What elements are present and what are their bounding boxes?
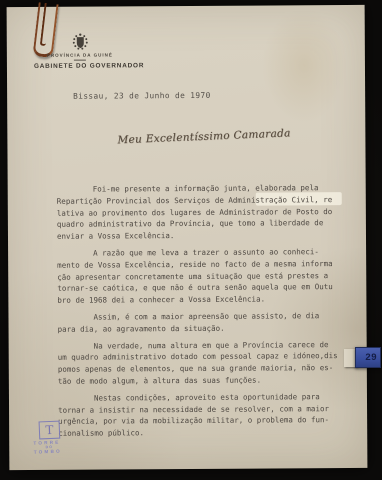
typed-line: bro de 1968 dei a conhecer a Vossa Excel… (57, 293, 342, 307)
letterhead-office: GABINETE DO GOVERNADOR (34, 62, 126, 70)
page-tab-number: 29 (365, 352, 380, 363)
letter-paragraph: Foi-me presente a informação junta, elab… (57, 182, 342, 243)
letterhead-ornament (74, 60, 86, 61)
letter-document: PROVÍNCIA DA GUINÉ GABINETE DO GOVERNADO… (7, 5, 368, 470)
archive-stamp-word: TOMBO (34, 448, 78, 455)
letterhead-province: PROVÍNCIA DA GUINÉ (34, 52, 126, 58)
typed-line: para dia, ao agravamento da situação. (58, 322, 343, 336)
letter-paragraph: A razão que me leva a trazer o assunto a… (57, 246, 342, 307)
letter-paragraph: Assim, é com a maior apreensão que assis… (57, 310, 342, 335)
date-line: Bissau, 23 de Junho de 1970 (73, 91, 211, 101)
letter-body: Foi-me presente a informação junta, elab… (57, 182, 344, 445)
scan-background: PROVÍNCIA DA GUINÉ GABINETE DO GOVERNADO… (0, 0, 382, 480)
page-index-tab: 29 (355, 347, 381, 368)
typed-line: enviar a Vossa Excelência. (57, 229, 342, 243)
letter-paragraph: Nestas condições, aproveito esta oportun… (58, 391, 343, 440)
letterhead: PROVÍNCIA DA GUINÉ GABINETE DO GOVERNADO… (34, 32, 126, 70)
archive-stamp-monogram: T (39, 421, 61, 440)
typed-line: tão de modo algum, à altura das suas fun… (58, 374, 343, 388)
typed-line: cionalismo público. (58, 426, 343, 440)
coat-of-arms-icon (71, 33, 88, 51)
archive-stamp: T TORRE DO TOMBO (33, 420, 78, 455)
handwritten-salutation: Meu Excelentíssimo Camarada (117, 127, 287, 146)
letter-paragraph: Na verdade, numa altura em que a Provínc… (58, 339, 343, 388)
